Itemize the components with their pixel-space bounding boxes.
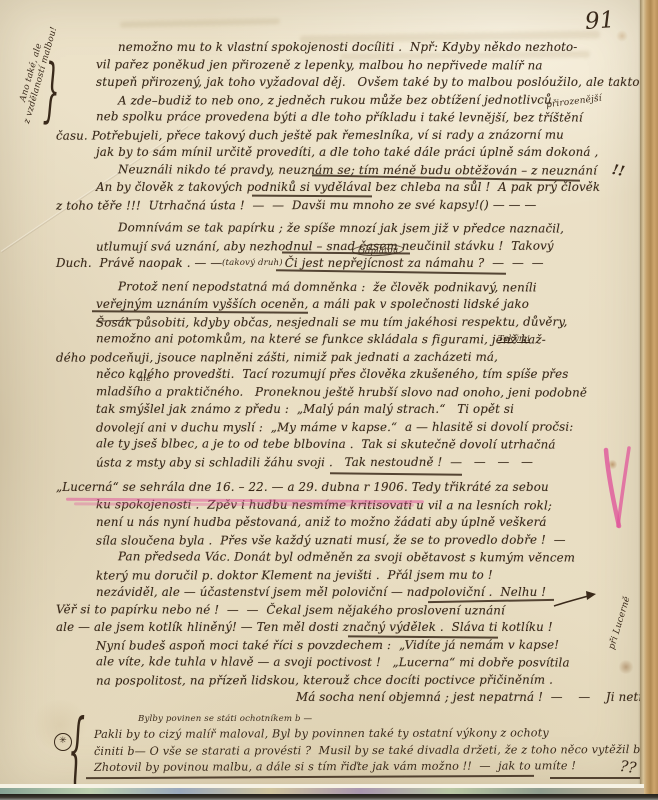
interline-insert-takovy-druh: (takový druh): [222, 258, 283, 268]
manuscript-line: stupeň přirozený, jak toho vyžadoval děj…: [96, 74, 644, 92]
manuscript-line: Nyní budeš aspoň moci také říci s povzde…: [96, 636, 644, 655]
manuscript-line: jak by to sám mínil určitě provedíti, a …: [96, 144, 644, 162]
manuscript-line: nemožno ani potomkům, na které se funkce…: [96, 330, 644, 349]
manuscript-line: ústa z msty aby si schladili žáhu svoji …: [96, 453, 644, 472]
manuscript-line: ale víte, kde tuhla v hlavě — a svoji po…: [96, 653, 644, 672]
manuscript-line: An by člověk z takových podniků si vyděl…: [96, 179, 644, 197]
bottom-shadow-line: [0, 794, 658, 800]
manuscript-line: který mu doručil p. doktor Klement na je…: [96, 566, 644, 585]
manuscript-line: tak smýšlel jak známo z předu : „Malý pá…: [96, 401, 644, 419]
manuscript-line: dovolejí ani v duchu myslí : „My máme v …: [96, 418, 644, 437]
interline-insert-takymi: Takými: [498, 334, 530, 344]
ink-underline: [550, 777, 640, 779]
interline-insert-ale: ale: [138, 374, 151, 384]
book-page-edges: [640, 0, 658, 800]
manuscript-line: Pan předseda Vác. Donát byl odměněn za s…: [118, 548, 644, 567]
manuscript-line: na pospolitost, na přízeň lidskou, ktero…: [96, 671, 644, 690]
manuscript-line: z toho těře !!! Utrhačná ústa ! — — Davš…: [56, 196, 644, 215]
manuscript-line: Má socha není objemná ; jest nepatrná ! …: [296, 689, 644, 707]
manuscript-line: mladšího a praktičného. Proneknou ještě …: [96, 383, 644, 402]
page-number: 91: [584, 7, 615, 35]
manuscript-line: ale ty jseš blbec, a je to od tebe blbov…: [96, 435, 644, 454]
manuscript-line: času. Potřebujeli, přece takový duch ješ…: [56, 126, 644, 145]
pink-checkmark: [598, 446, 634, 532]
manuscript-page: 91 nemožno mu to k vlastní spokojenosti …: [0, 0, 644, 792]
manuscript-line: není u nás nyní hudba pěstovaná, aniž to…: [96, 514, 644, 532]
manuscript-line: neb spolku práce provedena býti a dle to…: [96, 108, 644, 127]
footnote-block: Bylby povinen se státi ochotníkem b — Pa…: [94, 711, 642, 776]
footnote-line: Pakli by to cizý malíř maloval, Byl by p…: [94, 725, 642, 744]
footnote-line: Zhotovil by povinou malbu, a dále si s t…: [94, 758, 642, 777]
ink-bleedthrough: [120, 18, 280, 27]
footnote-lines: Pakli by to cizý malíř maloval, Byl by p…: [94, 726, 642, 776]
manuscript-line: něco kalého provedšti. Tací rozumují pře…: [96, 366, 644, 384]
manuscript-line: dého podceňuji, jsouce naplněni zášti, n…: [56, 348, 644, 367]
manuscript-line: Protož není nepodstatná má domněnka : že…: [118, 278, 644, 297]
ink-arrow: [552, 588, 598, 612]
manuscript-line: nemožno mu to k vlastní spokojenosti doc…: [118, 39, 644, 57]
manuscript-line: vil pařez poněkud jen přirozeně z lepenk…: [96, 56, 644, 75]
manuscript-line: Domnívám se tak papírku ; že spíše mnozí…: [118, 219, 644, 238]
margin-brace-left: }: [42, 51, 60, 134]
manuscript-line: „Lucerná“ se sehrála dne 16. – 22. — a 2…: [56, 479, 644, 497]
manuscript-line: síla sloučena byla . Přes vše každý uzna…: [96, 531, 644, 550]
manuscript-line: ale — ale jsem kotlík hliněný! — Ten měl…: [56, 619, 644, 637]
manuscript-line: Šosák působiti, kdyby občas, nesjednali …: [96, 313, 644, 332]
